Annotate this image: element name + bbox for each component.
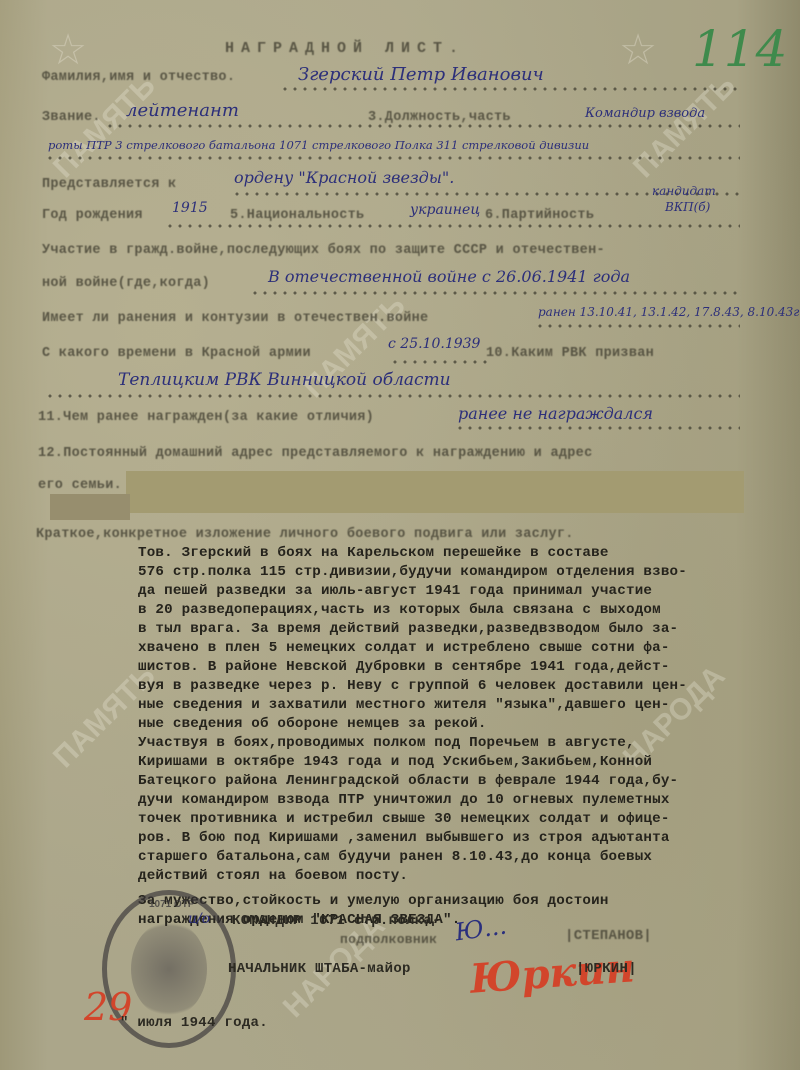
address-label-line1: 12.Постоянный домашний адрес представляе… bbox=[38, 446, 593, 461]
narrative-line: ные сведения об обороне немцев за рекой. bbox=[138, 716, 487, 732]
commander-signature: Ю... bbox=[453, 912, 508, 947]
award-sheet-page: ☆ ☆ ПАМЯТЬ ПАМЯТЬ НАРОДА ПАМЯТЬ ПАМЯТЬ Н… bbox=[0, 0, 800, 1070]
commander-rank: подполковник bbox=[340, 932, 437, 947]
party-label: 6.Партийность bbox=[485, 208, 594, 223]
narrative-line: ные сведения и захватили местного жителя… bbox=[138, 697, 670, 713]
war-label-line1: Участие в гражд.войне,последующих боях п… bbox=[42, 243, 605, 258]
narrative-line: 576 стр.полка 115 стр.дивизии,будучи ком… bbox=[138, 564, 687, 580]
nominated-value: ордену "Красной звезды". bbox=[234, 168, 454, 187]
summary-label: Краткое,конкретное изложение личного бое… bbox=[36, 527, 574, 542]
draft-label: 10.Каким РВК призван bbox=[486, 346, 654, 361]
dotted-line bbox=[280, 87, 740, 91]
rank-value: лейтенант bbox=[126, 100, 239, 121]
party-value-top: кандидат bbox=[652, 184, 716, 198]
name-value: Згерский Петр Иванович bbox=[298, 64, 544, 85]
position-value-continued: роты ПТР 3 стрелкового батальона 1071 ст… bbox=[48, 138, 589, 152]
name-label: Фамилия,имя и отчество. bbox=[42, 70, 235, 85]
wounds-value: ранен 13.10.41, 13.1.42, 17.8.43, 8.10.4… bbox=[538, 305, 800, 319]
dotted-line bbox=[165, 224, 740, 228]
narrative-line: в 20 разведоперациях,часть из которых бы… bbox=[138, 602, 661, 618]
address-label-line2: его семьи. bbox=[38, 478, 122, 493]
watermark-star-icon: ☆ bbox=[620, 10, 656, 84]
commander-name: |СТЕПАНОВ| bbox=[565, 928, 652, 944]
dotted-line bbox=[455, 426, 740, 430]
document-title: НАГРАДНОЙ ЛИСТ. bbox=[225, 40, 465, 57]
commander-title: КОМАНДИР 1071 стр.полка- bbox=[232, 913, 441, 929]
dotted-line bbox=[535, 324, 740, 328]
position-label: 3.Должность,часть bbox=[368, 110, 511, 125]
war-label-line2: ной войне(где,когда) bbox=[42, 276, 210, 291]
rank-label: Звание. bbox=[42, 110, 101, 125]
nominated-label: Представляется к bbox=[42, 177, 176, 192]
awards-value: ранее не награждался bbox=[458, 404, 653, 423]
narrative-line: старшего батальона,сам будучи ранен 8.10… bbox=[138, 849, 652, 865]
redacted-address bbox=[126, 471, 744, 513]
chief-title: НАЧАЛЬНИК ШТАБА-майор bbox=[228, 961, 411, 977]
nationality-label: 5.Национальность bbox=[230, 208, 364, 223]
narrative-line: в тыл врага. За время действий разведки,… bbox=[138, 621, 678, 637]
draft-value: Теплицким РВК Винницкой области bbox=[118, 370, 451, 390]
narrative-line: Участвуя в боях,проводимых полком под По… bbox=[138, 735, 635, 751]
wounds-label: Имеет ли ранения и контузии в отечествен… bbox=[42, 311, 428, 326]
narrative-line: хвачено в плен 5 немецких солдат и истре… bbox=[138, 640, 670, 656]
stamp-text: 1071 ОТР bbox=[149, 899, 195, 910]
service-label: С какого времени в Красной армии bbox=[42, 346, 311, 361]
party-value: ВКП(б) bbox=[665, 200, 710, 214]
narrative-line: дучи командиром взвода ПТР уничтожил до … bbox=[138, 792, 670, 808]
dotted-line bbox=[390, 360, 490, 364]
narrative-line: да пешей разведки за июль-август 1941 го… bbox=[138, 583, 652, 599]
birth-year-label: Год рождения bbox=[42, 208, 143, 223]
chief-name: |ЮРКИН| bbox=[576, 961, 637, 977]
commander-prefix: и/о bbox=[188, 911, 210, 927]
archive-number: 114 bbox=[692, 20, 787, 78]
birth-year-value: 1915 bbox=[172, 200, 208, 216]
awards-label: 11.Чем ранее награжден(за какие отличия) bbox=[38, 410, 374, 425]
narrative-line: точек противника и истребил свыше 30 нем… bbox=[138, 811, 670, 827]
narrative-line: Тов. Згерский в боях на Карельском переш… bbox=[138, 545, 609, 561]
date-rest: " июля 1944 года. bbox=[120, 1015, 268, 1031]
nationality-value: украинец bbox=[410, 202, 480, 218]
narrative-line: Киришами в октябре 1943 года и под Ускиб… bbox=[138, 754, 652, 770]
narrative-line: вуя в разведке через р. Неву с группой 6… bbox=[138, 678, 687, 694]
dotted-line bbox=[45, 394, 740, 398]
dotted-line bbox=[45, 156, 740, 160]
narrative-line: шистов. В районе Невской Дубровки в сент… bbox=[138, 659, 670, 675]
stamp-emblem-icon bbox=[131, 921, 207, 1017]
position-value: Командир взвода bbox=[585, 106, 705, 121]
war-value: В отечественной войне с 26.06.1941 года bbox=[268, 267, 630, 286]
dotted-line bbox=[250, 291, 740, 295]
narrative-line: ров. В бою под Киришами ,заменил выбывше… bbox=[138, 830, 670, 846]
narrative-line: Батецкого района Ленинградской области в… bbox=[138, 773, 678, 789]
narrative-line: действий стоял на боевом посту. bbox=[138, 868, 408, 884]
service-value: с 25.10.1939 bbox=[388, 336, 480, 352]
redacted-address bbox=[50, 494, 130, 520]
